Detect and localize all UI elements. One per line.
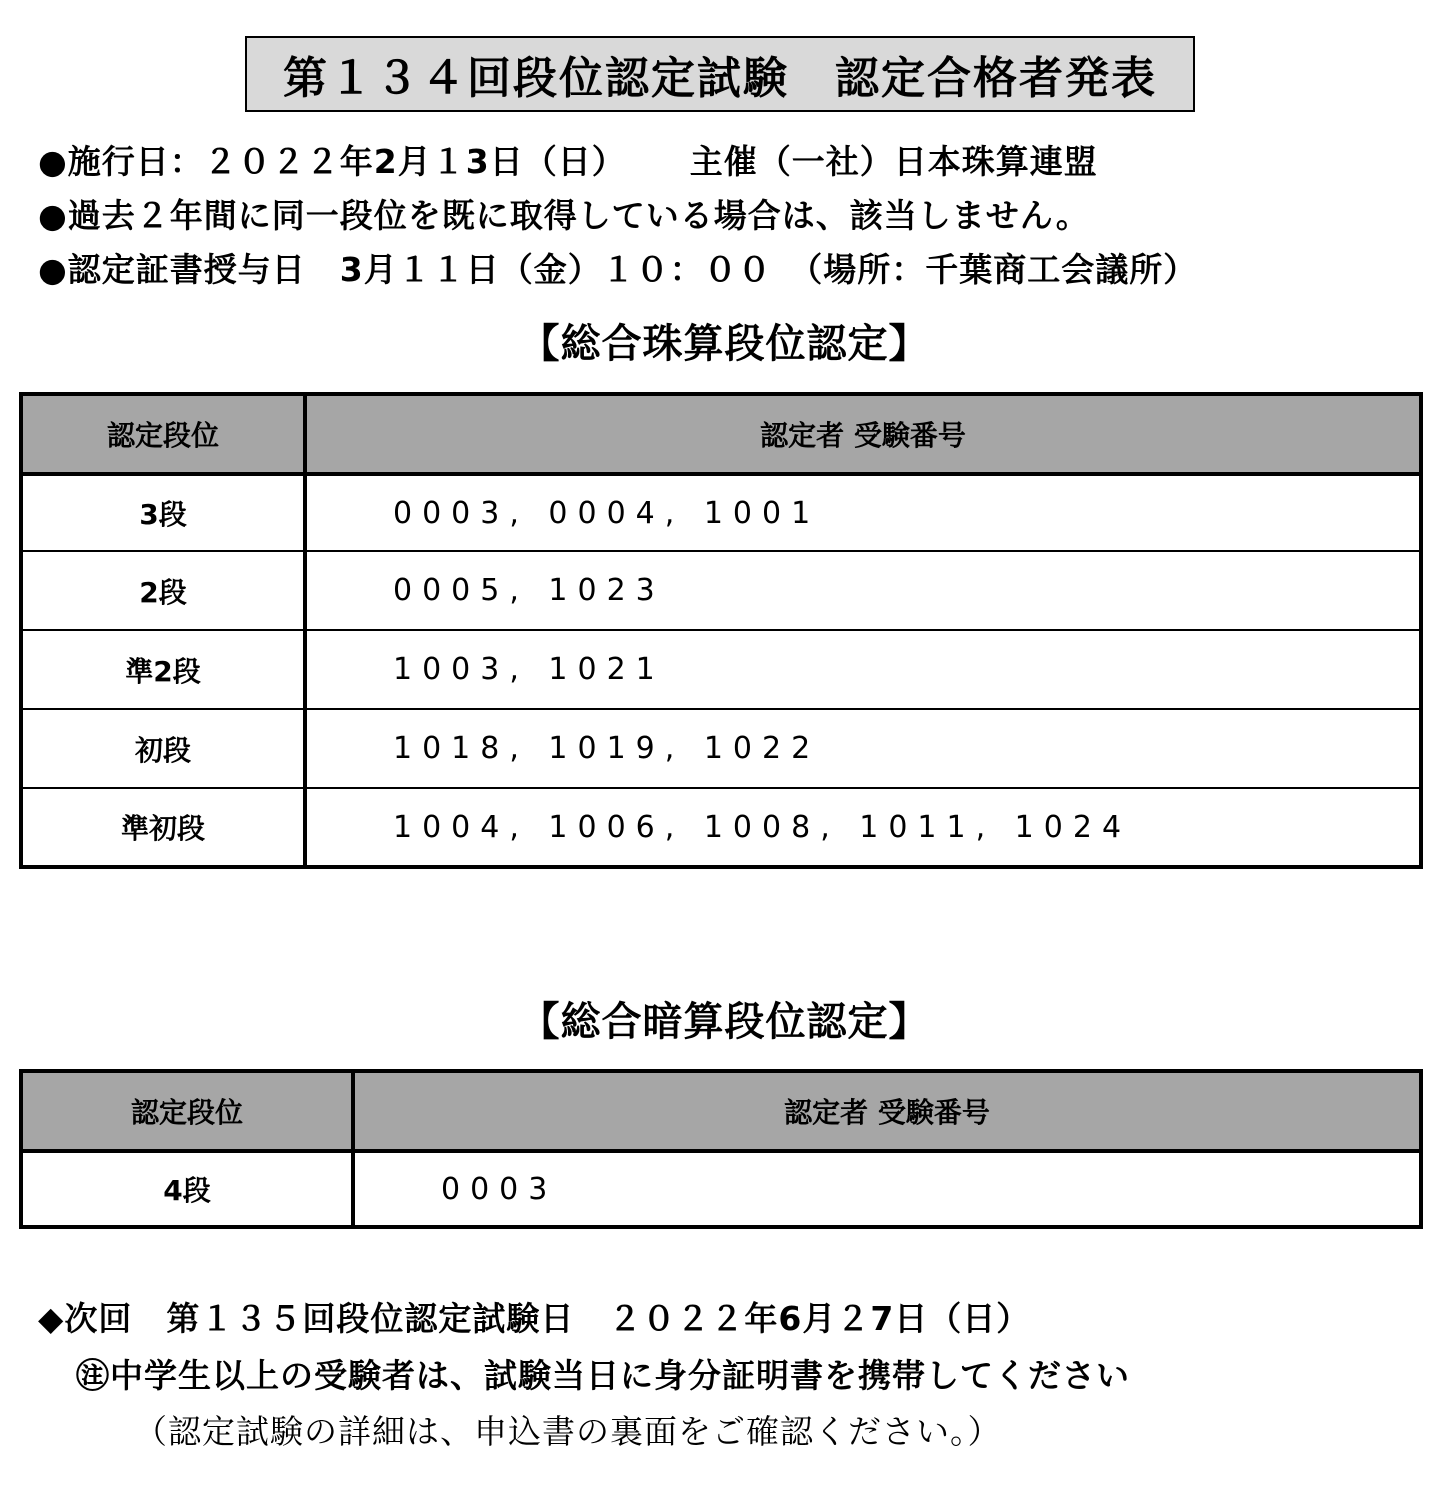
table-row: 準2段 1003, 1021 <box>21 630 1421 709</box>
eligibility-note: ●過去２年間に同一段位を既に取得している場合は、該当しません。 <box>38 190 1090 237</box>
rank-cell: 初段 <box>21 709 305 788</box>
rank-cell: 3段 <box>21 474 305 551</box>
header-numbers: 認定者 受験番号 <box>353 1071 1421 1151</box>
table-row: 2段 0005, 1023 <box>21 551 1421 630</box>
rank-cell: 準初段 <box>21 788 305 867</box>
ceremony-line: ●認定証書授与日 3月１１日（金）１０：００ （場所：千葉商工会議所） <box>38 244 1197 291</box>
header-rank: 認定段位 <box>21 394 305 474</box>
mental-results-table: 認定段位 認定者 受験番号 4段 0003 <box>19 1069 1423 1229</box>
table-row: 初段 1018, 1019, 1022 <box>21 709 1421 788</box>
details-note-line: （認定試験の詳細は、申込書の裏面をご確認ください。） <box>134 1406 1002 1453</box>
exam-date-line: ●施行日：２０２２年2月１3日（日） 主催（一社）日本珠算連盟 <box>38 136 1098 183</box>
mental-section-title: 【総合暗算段位認定】 <box>0 990 1449 1047</box>
numbers-cell: 0003, 0004, 1001 <box>305 474 1421 551</box>
header-numbers: 認定者 受験番号 <box>305 394 1421 474</box>
rank-cell: 2段 <box>21 551 305 630</box>
table-row: 3段 0003, 0004, 1001 <box>21 474 1421 551</box>
abacus-section-title: 【総合珠算段位認定】 <box>0 312 1449 369</box>
table-row: 準初段 1004, 1006, 1008, 1011, 1024 <box>21 788 1421 867</box>
numbers-cell: 0003 <box>353 1151 1421 1227</box>
header-rank: 認定段位 <box>21 1071 353 1151</box>
abacus-results-table: 認定段位 認定者 受験番号 3段 0003, 0004, 1001 2段 000… <box>19 392 1423 869</box>
numbers-cell: 1018, 1019, 1022 <box>305 709 1421 788</box>
rank-cell: 準2段 <box>21 630 305 709</box>
next-exam-line: ◆次回 第１３５回段位認定試験日 ２０２２年6月２7日（日） <box>38 1293 1030 1340</box>
numbers-cell: 0005, 1023 <box>305 551 1421 630</box>
table-header-row: 認定段位 認定者 受験番号 <box>21 394 1421 474</box>
id-note-line: ㊟中学生以上の受験者は、試験当日に身分証明書を携帯してください <box>76 1350 1130 1397</box>
rank-cell: 4段 <box>21 1151 353 1227</box>
table-row: 4段 0003 <box>21 1151 1421 1227</box>
numbers-cell: 1003, 1021 <box>305 630 1421 709</box>
table-header-row: 認定段位 認定者 受験番号 <box>21 1071 1421 1151</box>
page-title: 第１３４回段位認定試験 認定合格者発表 <box>245 36 1195 112</box>
numbers-cell: 1004, 1006, 1008, 1011, 1024 <box>305 788 1421 867</box>
